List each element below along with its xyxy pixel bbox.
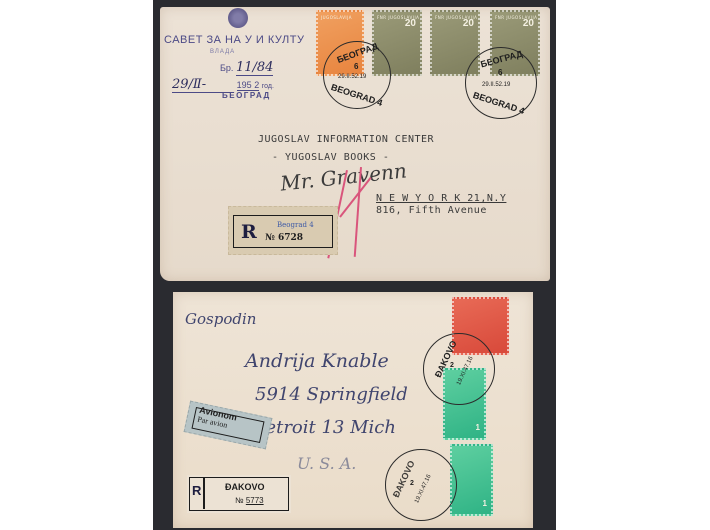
- recipient-country: U. S. A.: [297, 454, 356, 473]
- registration-office: Beograd 4: [277, 221, 314, 229]
- recipient-city: Detroit 13 Mich: [251, 417, 396, 438]
- registration-number-prefix: №: [235, 496, 244, 505]
- postmark-bottom: BEOGRAD 4: [330, 82, 384, 108]
- reference-line: Бр. 11/84: [220, 60, 273, 75]
- sender-name: САВЕТ ЗА НА У И КУЛТУ: [164, 34, 304, 46]
- sender-city: БЕОГРАД: [222, 91, 271, 100]
- postmark-beograd-1: БЕОГРАД 6 29.II.52.19 BEOGRAD 4: [323, 41, 391, 109]
- airmail-label: Avionom Par avion: [184, 401, 273, 450]
- postmark-bottom: BEOGRAD 4: [472, 90, 526, 116]
- postmark-number: 2: [410, 480, 414, 487]
- sender-subline: ВЛАДА: [210, 49, 235, 55]
- stamp-country: JUGOSLAVIJA: [321, 15, 352, 20]
- registration-divider: [203, 477, 205, 509]
- registration-office: ĐAKOVO: [225, 482, 265, 492]
- recipient-street: 5914 Springfield: [255, 384, 408, 405]
- postmark-date: 19.XI.47.16: [456, 356, 474, 386]
- address-line-1: JUGOSLAV INFORMATION CENTER: [258, 134, 434, 145]
- registration-letter: R: [192, 483, 201, 498]
- postmark-top: ĐAKOVO: [391, 459, 417, 499]
- ref-prefix: Бр.: [220, 63, 233, 73]
- postmark-date: 29.II.52.19: [482, 82, 510, 88]
- ref-number: 11/84: [236, 60, 273, 76]
- top-envelope: САВЕТ ЗА НА У И КУЛТУ ВЛАДА Бр. 11/84 29…: [160, 7, 550, 281]
- stamp-value: 20: [463, 18, 474, 29]
- registration-label: R ĐAKOVO № 5773: [187, 475, 291, 513]
- registration-letter: R: [241, 221, 257, 243]
- address-line-3: N E W Y O R K 21,N.Y: [376, 193, 506, 204]
- stamp-value: 1: [483, 499, 487, 508]
- postmark-number: 2: [450, 362, 454, 369]
- address-line-4: 816, Fifth Avenue: [376, 205, 487, 216]
- date-line: 29/Ⅱ- 195 2 год.: [172, 77, 274, 92]
- year: 195 2: [237, 80, 260, 91]
- postmark-top: ĐAKOVO: [433, 339, 459, 379]
- postmark-dakovo-1: ĐAKOVO 2 19.XI.47.16: [423, 333, 495, 405]
- bottom-envelope: Gospodin Andrija Knable 5914 Springfield…: [173, 292, 533, 528]
- registration-number: 5773: [246, 496, 264, 505]
- registration-number: 6728: [278, 233, 303, 243]
- postmark-top: БЕОГРАД: [479, 49, 523, 70]
- registration-number-prefix: №: [265, 233, 275, 243]
- postmark-number: 6: [354, 62, 358, 71]
- postmark-date: 29.II.52.19: [338, 74, 366, 80]
- recipient-name: Andrija Knable: [245, 350, 389, 372]
- salutation: Gospodin: [185, 310, 256, 328]
- coat-of-arms-icon: [228, 8, 248, 28]
- postmark-date: 19.XI.47.16: [414, 474, 432, 504]
- postmark-dakovo-2: ĐAKOVO 2 19.XI.47.16: [385, 449, 457, 521]
- registration-label: R Beograd 4 № 6728: [228, 206, 338, 255]
- postmark-number: 6: [498, 68, 502, 77]
- stamp-value: 20: [405, 18, 416, 29]
- postmark-beograd-2: БЕОГРАД 6 29.II.52.19 BEOGRAD 4: [465, 47, 537, 119]
- stamp-value: 1: [476, 423, 480, 432]
- stamp-value: 20: [523, 18, 534, 29]
- year-suffix: год.: [262, 83, 274, 90]
